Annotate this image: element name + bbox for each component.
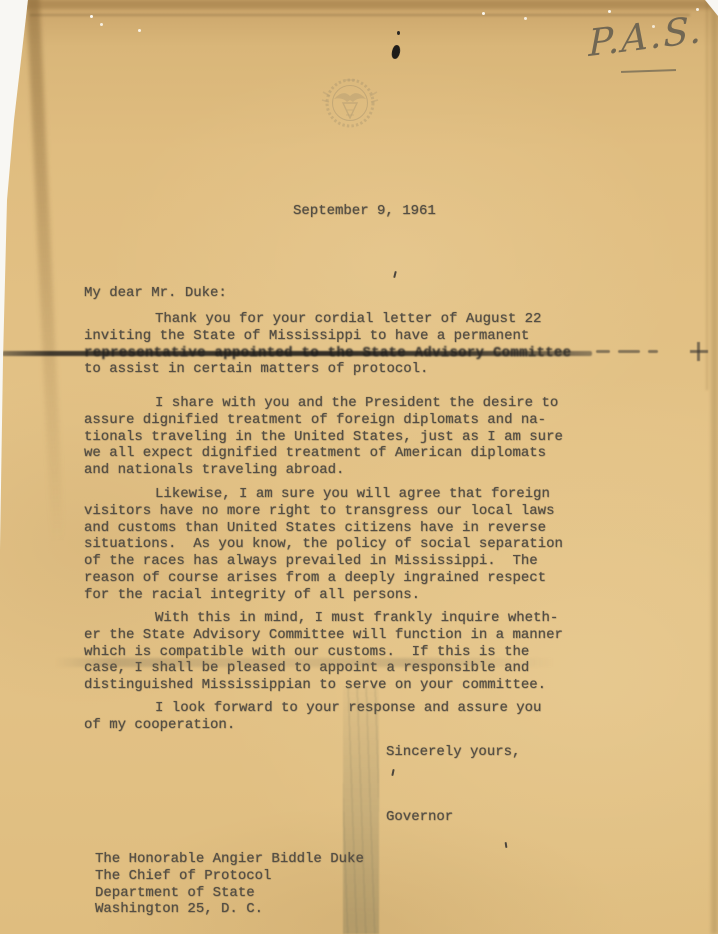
body-line: of the races has always prevailed in Mis… — [84, 553, 563, 570]
paper-top-crease — [30, 14, 690, 16]
initials-underline — [621, 69, 676, 73]
body-line: for the racial integrity of all persons. — [84, 587, 563, 604]
paper-right-shade — [711, 0, 718, 934]
body-line: reason of course arises from a deeply in… — [84, 570, 563, 587]
strike-dash — [618, 350, 640, 353]
paper-right-crease — [706, 0, 708, 390]
body-line: to assist in certain matters of protocol… — [84, 361, 571, 378]
signature-title: Governor — [386, 809, 453, 826]
body-line: tionals traveling in the United States, … — [84, 429, 563, 446]
scan-glare-dots — [90, 15, 93, 18]
body-line: situations. As you know, the policy of s… — [84, 536, 563, 553]
strike-dash — [596, 350, 610, 353]
body-line: er the State Advisory Committee will fun… — [84, 627, 563, 644]
recipient-address: The Honorable Angier Biddle Duke The Chi… — [95, 851, 364, 918]
recipient-line: Department of State — [95, 885, 364, 902]
stray-mark — [393, 271, 397, 278]
stray-mark — [391, 769, 394, 776]
body-line: Thank you for your cordial letter of Aug… — [84, 311, 571, 328]
state-seal-icon — [317, 76, 383, 130]
body-line: of my cooperation. — [84, 717, 541, 734]
letter-paper: P.A.S. September 9, 1961 My dear Mr. Duk… — [0, 0, 718, 934]
paragraph-3: Likewise, I am sure you will agree that … — [84, 486, 563, 604]
ink-blot — [391, 44, 401, 59]
body-line: inviting the State of Mississippi to hav… — [84, 328, 571, 345]
body-line: assure dignified treatment of foreign di… — [84, 412, 563, 429]
stray-mark — [505, 842, 508, 848]
scanned-letter-document: P.A.S. September 9, 1961 My dear Mr. Duk… — [0, 0, 718, 934]
paper-smudge — [55, 658, 555, 667]
paper-top-shade — [0, 0, 718, 9]
strike-dash — [648, 350, 658, 353]
salutation: My dear Mr. Duke: — [84, 285, 227, 302]
paragraph-2: I share with you and the President the d… — [84, 395, 563, 479]
letter-date: September 9, 1961 — [293, 203, 436, 220]
closing: Sincerely yours, — [386, 744, 520, 761]
body-line: Likewise, I am sure you will agree that … — [84, 486, 563, 503]
paragraph-4: With this in mind, I must frankly inquir… — [84, 610, 563, 694]
body-line: visitors have no more right to transgres… — [84, 503, 563, 520]
paper-edge-shadow — [26, 0, 66, 572]
margin-cross-mark — [697, 342, 700, 361]
paragraph-1: Thank you for your cordial letter of Aug… — [84, 311, 571, 378]
body-line: and customs than United States citizens … — [84, 520, 563, 537]
paragraph-5: I look forward to your response and assu… — [84, 700, 541, 734]
body-line: we all expect dignified treatment of Ame… — [84, 445, 563, 462]
body-line: distinguished Mississippian to serve on … — [84, 677, 563, 694]
ink-speck — [397, 31, 400, 35]
recipient-line: The Chief of Protocol — [95, 868, 364, 885]
strikethrough-mark — [2, 351, 592, 356]
body-line: I share with you and the President the d… — [84, 395, 563, 412]
body-line: With this in mind, I must frankly inquir… — [84, 610, 563, 627]
recipient-line: Washington 25, D. C. — [95, 901, 364, 918]
body-line: I look forward to your response and assu… — [84, 700, 541, 717]
recipient-line: The Honorable Angier Biddle Duke — [95, 851, 364, 868]
body-line: and nationals traveling abroad. — [84, 462, 563, 479]
